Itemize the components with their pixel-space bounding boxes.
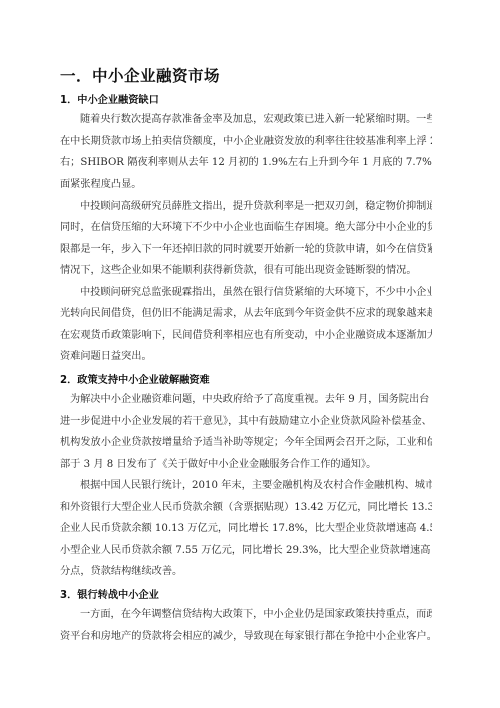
paragraph-line: 同时，在信贷压缩的大环境下不少中小企业也面临生存困境。绝大部分中小企业的贷款期	[60, 221, 432, 234]
paragraph-line: 和外资银行大型企业人民币贷款余额（含票据贴现）13.42 万亿元，同比增长 13…	[60, 501, 432, 514]
paragraph-line: 中投顾问研究总监张砚霖指出，虽然在银行信贷紧缩的大环境下，不少中小企业把目	[80, 286, 432, 299]
paragraph-line: 在宏观货币政策影响下，民间借贷利率相应也有所变动，中小企业融资成本逐渐加大，融	[60, 329, 432, 342]
paragraph-line: 在中长期贷款市场上拍卖信贷额度，中小企业融资发放的利率往往较基准利率上浮 20%…	[60, 135, 432, 148]
paragraph-line: 小型企业人民币贷款余额 7.55 万亿元，同比增长 29.3%，比大型企业贷款增…	[60, 544, 432, 557]
section-heading-1: 1．中小企业融资缺口	[60, 91, 159, 106]
paragraph-line: 分点，贷款结构继续改善。	[60, 565, 432, 578]
paragraph-line: 进一步促进中小企业发展的若干意见》，其中有鼓励建立小企业贷款风险补偿基金、对金融	[60, 415, 432, 428]
paragraph-line: 机构发放小企业贷款按增量给予适当补助等规定；今年全国两会召开之际，工业和信息化	[60, 436, 432, 449]
paragraph-line: 部于 3 月 8 日发布了《关于做好中小企业金融服务合作工作的通知》。	[60, 458, 432, 471]
paragraph-line: 为解决中小企业融资难问题，中央政府给予了高度重视。去年 9 月，国务院出台《关于	[70, 393, 432, 406]
document-page: 一．中小企业融资市场 1．中小企业融资缺口 随着央行数次提高存款准备金率及加息，…	[0, 0, 500, 708]
section-heading-3: 3．银行转战中小企业	[60, 586, 159, 601]
paragraph-line: 资平台和房地产的贷款将会相应的减少，导致现在每家银行都在争抢中小企业客户。	[60, 630, 432, 643]
paragraph-line: 资难问题日益突出。	[60, 350, 432, 363]
page-title: 一．中小企业融资市场	[60, 64, 220, 86]
paragraph-line: 随着央行数次提高存款准备金率及加息，宏观政策已进入新一轮紧缩时期。一些银行	[80, 113, 432, 126]
section-heading-2: 2．政策支持中小企业破解融资难	[60, 371, 210, 386]
paragraph-line: 光转向民间借贷，但仍旧不能满足需求，从去年底到今年资金供不应求的现象越来越明显。	[60, 307, 432, 320]
paragraph-line: 面紧张程度凸显。	[60, 178, 432, 191]
paragraph-line: 一方面，在今年调整信贷结构大政策下，中小企业仍是国家政策扶持重点，而政府融	[80, 608, 432, 621]
paragraph-line: 情况下，这些企业如果不能顺利获得新贷款，很有可能出现资金链断裂的情况。	[60, 264, 432, 277]
paragraph-line: 中投顾问高级研究员薛胜文指出，提升贷款利率是一把双刃剑，稳定物价抑制通胀的	[80, 200, 432, 213]
paragraph-line: 根据中国人民银行统计，2010 年末，主要金融机构及农村合作金融机构、城市信用社	[80, 479, 432, 492]
paragraph-line: 右；SHIBOR 隔夜利率则从去年 12 月初的 1.9%左右上升到今年 1 月…	[60, 156, 432, 169]
paragraph-line: 限都是一年，步入下一年还掉旧款的同时就要开始新一轮的贷款申请，如今在信贷紧缩的	[60, 243, 432, 256]
paragraph-line: 企业人民币贷款余额 10.13 万亿元，同比增长 17.8%，比大型企业贷款增速…	[60, 522, 432, 535]
